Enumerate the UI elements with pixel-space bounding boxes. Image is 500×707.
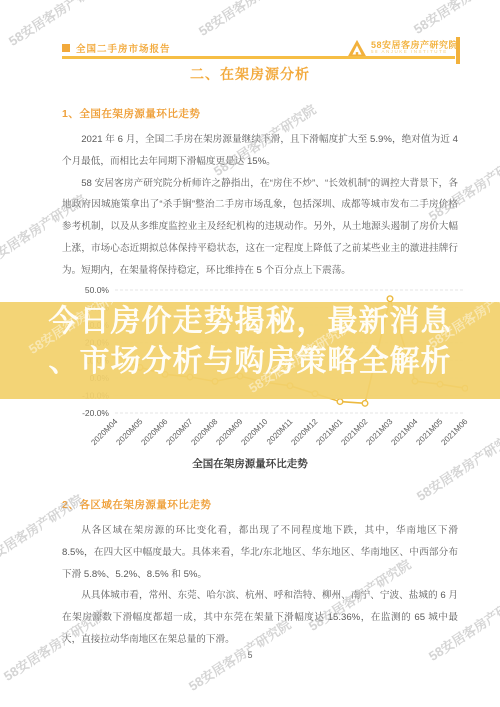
page-number: 5 — [0, 650, 500, 660]
page-title: 二、在架房源分析 — [0, 64, 500, 84]
section-1-paragraph-1: 2021 年 6 月，全国二手房在架房源量继续下滑，且下滑幅度扩大至 5.9%，… — [62, 129, 458, 173]
data-point-marker — [362, 401, 368, 407]
watermark: 58安居客房产研究院 — [194, 0, 304, 40]
x-axis-tick-label: 2021M06 — [439, 417, 468, 447]
section-1-paragraph-2: 58 安居客房产研究院分析师许之静指出，在“房住不炒”、“长效机制”的调控大背景… — [62, 173, 458, 282]
logo-triangle-icon — [347, 39, 367, 57]
logo-subtext: 58 ANJUKE INSTITUTE — [371, 50, 458, 55]
chart-caption: 全国在架房源量环比走势 — [0, 456, 500, 471]
x-axis-tick-label: 2020M10 — [239, 417, 269, 447]
section-1: 1、全国在架房源量环比走势 2021 年 6 月，全国二手房在架房源量继续下滑，… — [62, 106, 458, 282]
report-label-text: 全国二手房市场报告 — [76, 41, 171, 55]
data-point-marker — [387, 296, 393, 302]
headline-banner: 58安居客房产研究院 58安居客房产研究院 58安居客房产研究院 今日房价走势揭… — [0, 302, 500, 399]
section-2-paragraph-1: 从各区域在架房源的环比变化看，都出现了不同程度地下跌，其中，华南地区下滑 8.5… — [62, 520, 458, 585]
banner-headline-line2: 、市场分析与购房策略全解析 — [0, 342, 500, 382]
y-axis-tick-label: -20.0% — [82, 408, 109, 418]
institute-logo: 58安居客房产研究院 58 ANJUKE INSTITUTE — [347, 39, 458, 57]
section-1-heading: 1、全国在架房源量环比走势 — [62, 106, 458, 121]
logo-vertical-bar — [456, 37, 460, 64]
square-bullet-icon — [62, 44, 70, 52]
y-axis-tick-label: 50.0% — [85, 285, 110, 295]
report-label: 全国二手房市场报告 — [62, 41, 171, 55]
banner-headline-line1: 今日房价走势揭秘，最新消息 — [0, 302, 500, 342]
section-2-paragraph-2: 从具体城市看，常州、东莞、哈尔滨、杭州、呼和浩特、柳州、南宁、宁波、盐城的 6 … — [62, 585, 458, 650]
data-point-marker — [337, 399, 343, 405]
report-page: { "page": { "header": { "report_label": … — [0, 0, 500, 707]
page-header: 全国二手房市场报告 58安居客房产研究院 58 ANJUKE INSTITUTE — [62, 39, 458, 57]
header-divider — [62, 56, 455, 59]
section-2-heading: 2、各区域在架房源量环比走势 — [62, 497, 458, 512]
watermark: 58安居客房产研究院 — [409, 0, 500, 38]
section-2: 2、各区域在架房源量环比走势 从各区域在架房源的环比变化看，都出现了不同程度地下… — [62, 497, 458, 651]
